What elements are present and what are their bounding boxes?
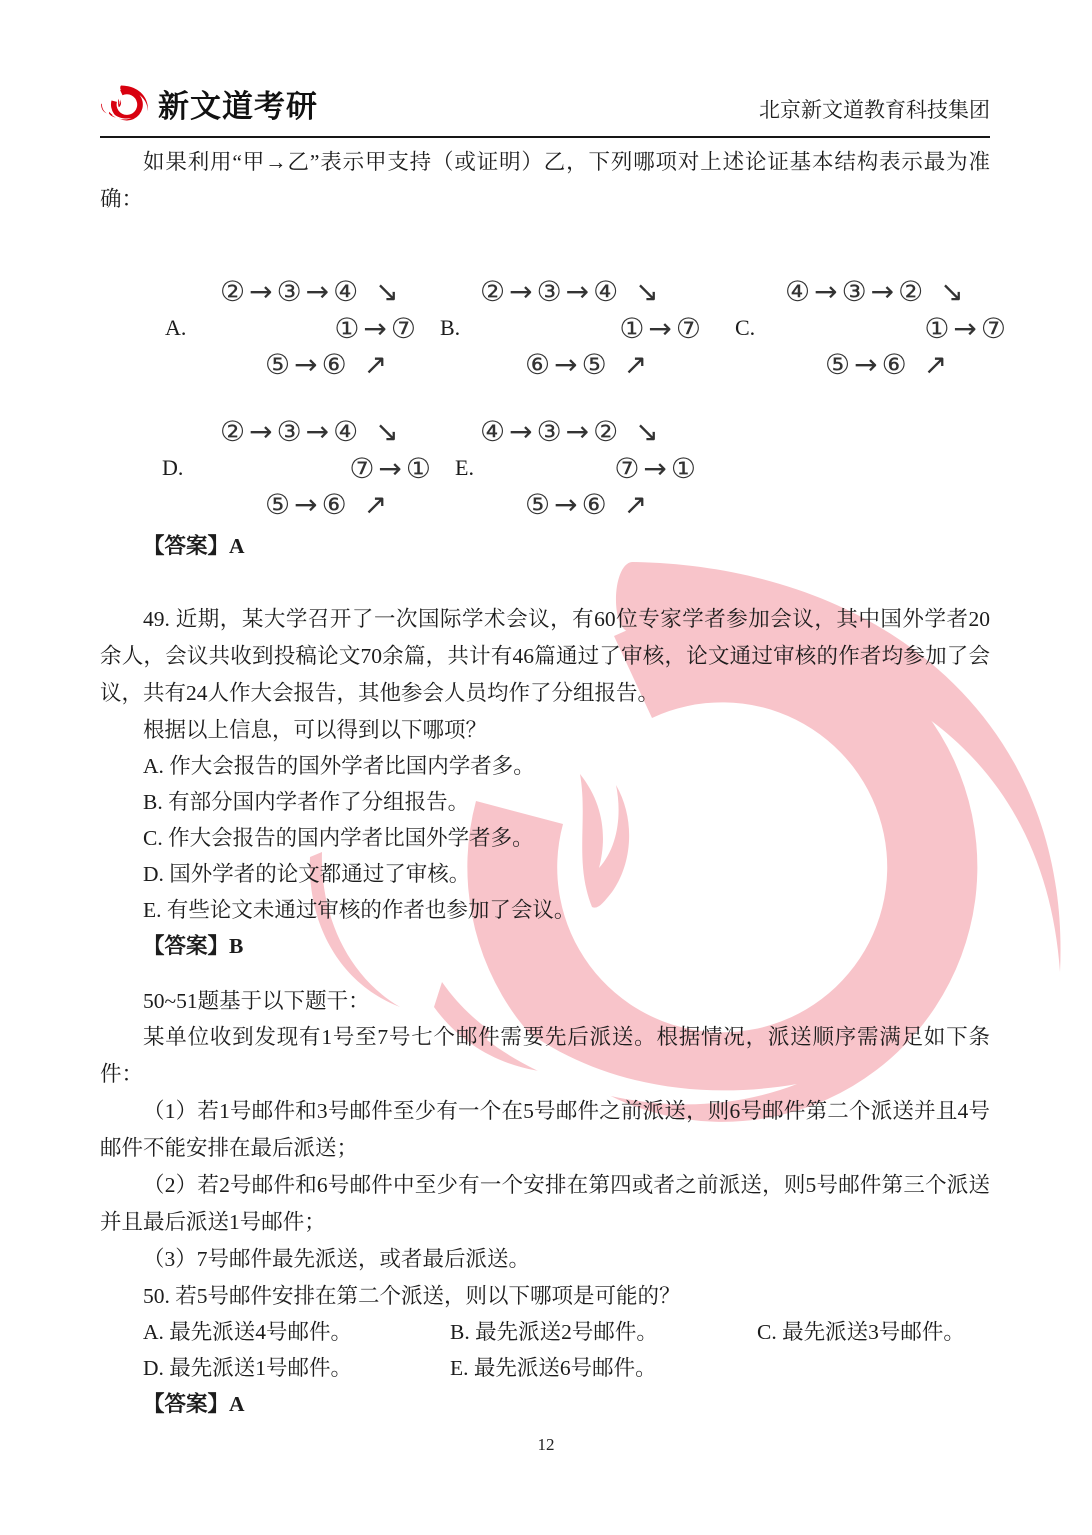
document-page: { "header": { "brand": "新文道考研", "company… <box>0 0 1092 1535</box>
diagram-option-e: E. ④→③→② ↘ ⑦→① ⑤→⑥ ↗ <box>455 415 700 525</box>
condition-3: （3）7号邮件最先派送，或者最后派送。 <box>100 1241 990 1278</box>
phoenix-logo-icon <box>100 80 150 126</box>
diagram-chain-mid: ①→⑦ <box>334 312 420 346</box>
company-name: 北京新文道教育科技集团 <box>759 94 990 126</box>
option-item: E. 最先派送6号邮件。 <box>407 1350 714 1386</box>
option-item: B. 最先派送2号邮件。 <box>407 1314 714 1350</box>
section-heading-50-51: 50~51题基于以下题干： <box>100 983 990 1019</box>
argument-diagram: A. ②→③→④ ↘ ①→⑦ ⑤→⑥ ↗ B. ②→③→④ ↘ ①→⑦ ⑥→⑤ … <box>100 275 990 520</box>
diagram-chain-top: ②→③→④ ↘ <box>220 275 403 309</box>
option-item: D. 最先派送1号邮件。 <box>100 1350 407 1386</box>
option-label: D. <box>162 455 183 481</box>
page-content: 新文道考研 北京新文道教育科技集团 如果利用“甲→乙”表示甲支持（或证明）乙，下… <box>100 0 990 1422</box>
diagram-option-d: D. ②→③→④ ↘ ⑦→① ⑤→⑥ ↗ <box>162 415 435 525</box>
empty-cell <box>714 1350 990 1386</box>
option-label: A. <box>165 315 186 341</box>
option-item: B. 有部分国内学者作了分组报告。 <box>100 784 990 820</box>
diagram-chain-mid: ①→⑦ <box>619 312 705 346</box>
answer-line: 【答案】A <box>100 1386 990 1422</box>
option-item: A. 最先派送4号邮件。 <box>100 1314 407 1350</box>
page-number: 12 <box>0 1435 1092 1455</box>
option-label: B. <box>440 315 460 341</box>
option-item: A. 作大会报告的国外学者比国内学者多。 <box>100 748 990 784</box>
answer-line: 【答案】A <box>100 528 990 564</box>
option-label: E. <box>455 455 474 481</box>
diagram-chain-mid: ⑦→① <box>349 452 435 486</box>
diagram-option-a: A. ②→③→④ ↘ ①→⑦ ⑤→⑥ ↗ <box>165 275 420 385</box>
header-divider <box>100 136 990 138</box>
option-label: C. <box>735 315 755 341</box>
diagram-chain-bottom: ⑤→⑥ ↗ <box>265 488 391 522</box>
option-item: D. 国外学者的论文都通过了审核。 <box>100 856 990 892</box>
intro-paragraph: 如果利用“甲→乙”表示甲支持（或证明）乙，下列哪项对上述论证基本结构表示最为准确… <box>100 144 990 218</box>
diagram-chain-mid: ⑦→① <box>614 452 700 486</box>
condition-2: （2）若2号邮件和6号邮件中至少有一个安排在第四或者之前派送，则5号邮件第三个派… <box>100 1167 990 1241</box>
page-header: 新文道考研 北京新文道教育科技集团 <box>100 0 990 126</box>
diagram-chain-bottom: ⑤→⑥ ↗ <box>265 348 391 382</box>
answer-line: 【答案】B <box>100 928 990 964</box>
brand-name: 新文道考研 <box>158 81 318 126</box>
premise-paragraph: 某单位收到发现有1号至7号七个邮件需要先后派送。根据情况，派送顺序需满足如下条件… <box>100 1019 990 1093</box>
diagram-chain-top: ②→③→④ ↘ <box>220 415 403 449</box>
diagram-option-c: C. ④→③→② ↘ ①→⑦ ⑤→⑥ ↗ <box>735 275 1010 385</box>
diagram-chain-bottom: ⑥→⑤ ↗ <box>525 348 651 382</box>
question-50-options-row1: A. 最先派送4号邮件。 B. 最先派送2号邮件。 C. 最先派送3号邮件。 <box>100 1314 990 1350</box>
option-item: C. 最先派送3号邮件。 <box>714 1314 990 1350</box>
diagram-chain-bottom: ⑤→⑥ ↗ <box>525 488 651 522</box>
question-50-options-row2: D. 最先派送1号邮件。 E. 最先派送6号邮件。 <box>100 1350 990 1386</box>
question-49-stem: 根据以上信息，可以得到以下哪项？ <box>100 712 990 748</box>
diagram-chain-top: ②→③→④ ↘ <box>480 275 663 309</box>
question-49-body: 49. 近期，某大学召开了一次国际学术会议，有60位专家学者参加会议，其中国外学… <box>100 601 990 712</box>
diagram-chain-mid: ①→⑦ <box>924 312 1010 346</box>
option-item: E. 有些论文未通过审核的作者也参加了会议。 <box>100 892 990 928</box>
option-item: C. 作大会报告的国内学者比国外学者多。 <box>100 820 990 856</box>
question-50-stem: 50. 若5号邮件安排在第二个派送，则以下哪项是可能的？ <box>100 1278 990 1314</box>
diagram-chain-top: ④→③→② ↘ <box>480 415 663 449</box>
condition-1: （1）若1号邮件和3号邮件至少有一个在5号邮件之前派送，则6号邮件第二个派送并且… <box>100 1093 990 1167</box>
diagram-chain-top: ④→③→② ↘ <box>785 275 968 309</box>
diagram-chain-bottom: ⑤→⑥ ↗ <box>825 348 951 382</box>
brand-logo: 新文道考研 <box>100 80 318 126</box>
diagram-option-b: B. ②→③→④ ↘ ①→⑦ ⑥→⑤ ↗ <box>440 275 705 385</box>
